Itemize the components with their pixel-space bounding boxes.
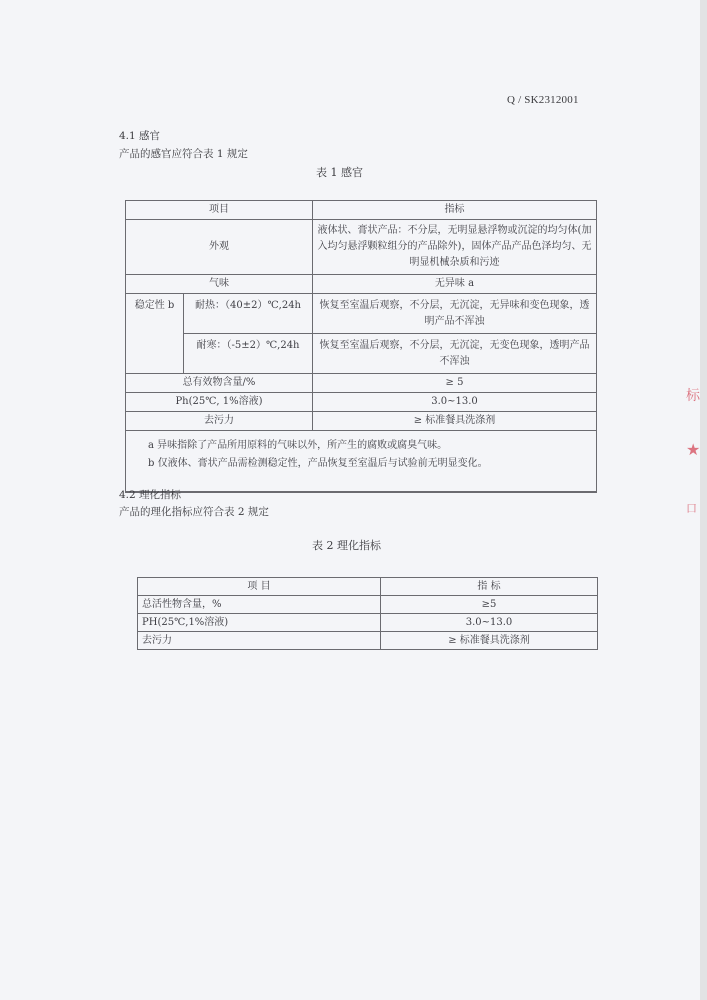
table-row: 总活性物含量，% ≥5 — [138, 596, 598, 614]
red-seal-star-icon: ★ — [686, 440, 700, 459]
row-value: 无异味 a — [313, 275, 597, 294]
table-row: 去污力 ≥ 标准餐具洗涤剂 — [138, 632, 598, 650]
row-condition: 耐寒：（-5±2）℃,24h — [184, 334, 313, 374]
section-4-2-intro: 产品的理化指标应符合表 2 规定 — [119, 504, 269, 519]
table-2-caption: 表 2 理化指标 — [312, 537, 381, 553]
row-value: 3.0~13.0 — [313, 393, 597, 412]
table-1-caption: 表 1 感官 — [316, 164, 363, 180]
table-row: 耐寒：（-5±2）℃,24h 恢复至室温后观察，不分层，无沉淀，无变色现象，透明… — [126, 334, 597, 374]
table-row: Ph(25℃, 1%溶液) 3.0~13.0 — [126, 393, 597, 412]
page-edge — [700, 0, 707, 1000]
section-4-1-intro: 产品的感官应符合表 1 规定 — [119, 146, 248, 161]
table-header-row: 项目 指标 — [126, 201, 597, 220]
row-item: Ph(25℃, 1%溶液) — [126, 393, 313, 412]
header-value: 指 标 — [381, 578, 598, 596]
table-row: PH(25℃,1%溶液) 3.0~13.0 — [138, 614, 598, 632]
table-row: 去污力 ≥ 标准餐具洗涤剂 — [126, 412, 597, 431]
table-row: 稳定性 b 耐热：（40±2）℃,24h 恢复至室温后观察，不分层，无沉淀，无异… — [126, 294, 597, 334]
row-value: ≥5 — [381, 596, 598, 614]
table-notes-row: a 异味指除了产品所用原料的气味以外，所产生的腐败或腐臭气味。 b 仅液体、膏状… — [126, 431, 597, 493]
row-item: 气味 — [126, 275, 313, 294]
row-condition: 耐热：（40±2）℃,24h — [184, 294, 313, 334]
table-row: 外观 液体状、膏状产品：不分层，无明显悬浮物或沉淀的均匀体(加入均匀悬浮颗粒组分… — [126, 220, 597, 275]
row-item: 稳定性 b — [126, 294, 184, 374]
table-notes: a 异味指除了产品所用原料的气味以外，所产生的腐败或腐臭气味。 b 仅液体、膏状… — [126, 431, 597, 493]
red-seal-stamp-fragment: 标 — [686, 385, 700, 405]
row-value: ≥ 标准餐具洗涤剂 — [313, 412, 597, 431]
document-number: Q / SK2312001 — [507, 94, 579, 106]
note-a: a 异味指除了产品所用原料的气味以外，所产生的腐败或腐臭气味。 — [148, 437, 596, 455]
table-header-row: 项 目 指 标 — [138, 578, 598, 596]
row-item: 去污力 — [138, 632, 381, 650]
table-row: 气味 无异味 a — [126, 275, 597, 294]
note-b: b 仅液体、膏状产品需检测稳定性，产品恢复至室温后与试验前无明显变化。 — [148, 455, 596, 473]
row-value: ≥ 标准餐具洗涤剂 — [381, 632, 598, 650]
section-4-2-heading: 4.2 理化指标 — [119, 487, 181, 502]
row-item: 总活性物含量，% — [138, 596, 381, 614]
row-item: 去污力 — [126, 412, 313, 431]
row-item: 总有效物含量/% — [126, 374, 313, 393]
red-seal-stamp-fragment: 口 — [686, 500, 700, 516]
row-item: PH(25℃,1%溶液) — [138, 614, 381, 632]
row-value: ≥ 5 — [313, 374, 597, 393]
row-value: 恢复至室温后观察，不分层，无沉淀，无变色现象，透明产品不浑浊 — [313, 334, 597, 374]
row-value: 3.0~13.0 — [381, 614, 598, 632]
table-row: 总有效物含量/% ≥ 5 — [126, 374, 597, 393]
document-page — [0, 0, 700, 1000]
header-item: 项 目 — [138, 578, 381, 596]
row-value: 恢复至室温后观察，不分层，无沉淀，无异味和变色现象，透明产品不浑浊 — [313, 294, 597, 334]
header-item: 项目 — [126, 201, 313, 220]
row-value: 液体状、膏状产品：不分层，无明显悬浮物或沉淀的均匀体(加入均匀悬浮颗粒组分的产品… — [313, 220, 597, 275]
section-4-1-heading: 4.1 感官 — [119, 128, 160, 143]
header-value: 指标 — [313, 201, 597, 220]
table-1-sensory: 项目 指标 外观 液体状、膏状产品：不分层，无明显悬浮物或沉淀的均匀体(加入均匀… — [125, 200, 597, 493]
table-2-physicochemical: 项 目 指 标 总活性物含量，% ≥5 PH(25℃,1%溶液) 3.0~13.… — [137, 577, 598, 650]
row-item: 外观 — [126, 220, 313, 275]
